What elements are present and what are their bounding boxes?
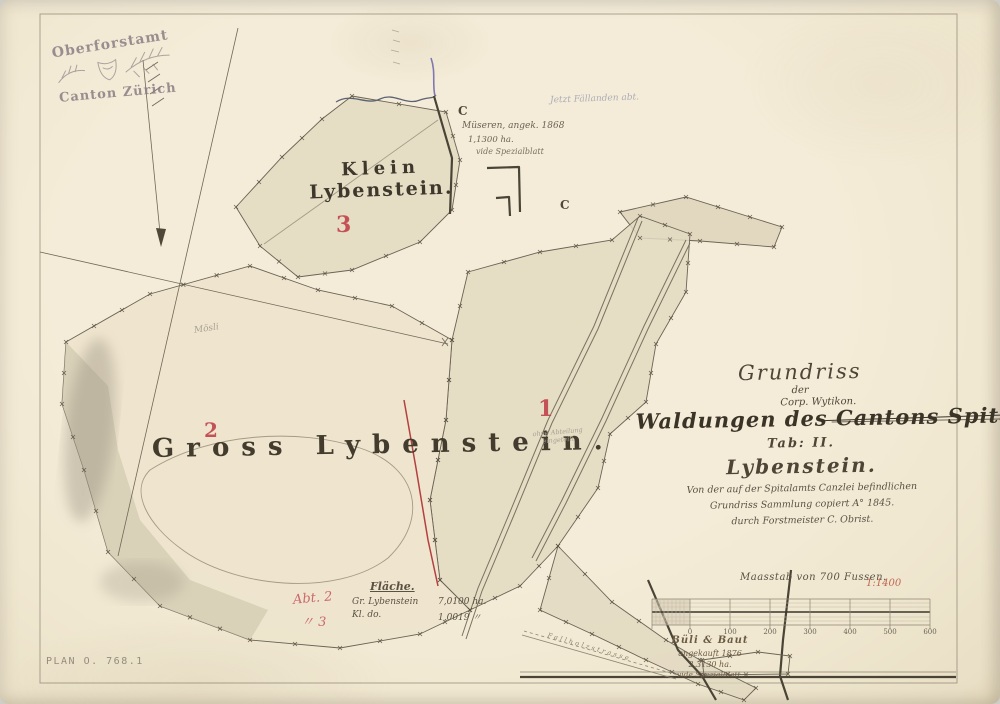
area-row1-value: 7,0100 ha. <box>438 597 486 607</box>
area-table-row: Kl. do. 1,0019 〃 <box>352 610 486 623</box>
scale-caption: Maasstab von 700 Fussen. <box>740 572 887 583</box>
marker-c-east: C <box>560 198 570 212</box>
museren-line1: Müseren, angek. 1868 <box>462 120 564 134</box>
scale-ratio: 1:1400 <box>866 578 901 589</box>
title-sub1: Von der auf der Spitalamts Canzlei befin… <box>637 480 967 497</box>
area-table: Fläche. Gr. Lybenstein 7,0100 ha. Kl. do… <box>352 580 486 623</box>
label-klein-lybenstein: Klein Lybenstein. <box>295 155 466 204</box>
area-row2-name: Kl. do. <box>352 610 438 623</box>
title-block: Grundriss der Corp. Wytikon. Waldungen d… <box>635 357 968 529</box>
title-sub2: Grundriss Sammlung copiert A° 1845. <box>637 496 967 513</box>
title-main-struck: Cantons Spitals <box>836 402 1000 430</box>
bueli-line2: angekauft 1876 <box>650 648 770 659</box>
scale-tick-500: 500 <box>879 628 901 636</box>
museren-line2: 1,1300 ha. <box>462 134 564 147</box>
area-table-title: Fläche. <box>370 580 486 593</box>
parcel-number-3: 3 <box>336 212 351 238</box>
crossing-road-east <box>780 570 791 700</box>
museren-line3: vide Spezialblatt <box>462 146 564 158</box>
scale-tick-600: 600 <box>919 628 941 636</box>
bueli-line3: 2,3130 ha. <box>650 659 770 670</box>
angle-mark-2 <box>496 197 510 216</box>
angle-mark-1 <box>487 167 520 212</box>
museren-annotation: Müseren, angek. 1868 1,1300 ha. vide Spe… <box>462 120 564 158</box>
scanned-map-sheet: Oberforstamt Canton Zürich Klein Lybenst… <box>0 0 1000 704</box>
map-canvas <box>0 0 1000 704</box>
marker-c-north: C <box>458 104 468 118</box>
north-arrow-head <box>156 228 166 247</box>
area-row1-name: Gr. Lybenstein <box>352 597 438 607</box>
bueli-line1: Büli & Baut <box>650 634 770 648</box>
parcel-number-1: 1 <box>538 396 553 422</box>
plan-number: PLAN O. 768.1 <box>46 656 144 667</box>
bueli-baut-annotation: Büli & Baut angekauft 1876 2,3130 ha. vi… <box>650 634 770 681</box>
scale-tick-300: 300 <box>799 628 821 636</box>
area-table-row: Gr. Lybenstein 7,0100 ha. <box>352 597 486 607</box>
bueli-line4: vide Spezialblatt. <box>650 670 770 681</box>
area-row2-value: 1,0019 〃 <box>438 610 481 623</box>
pencil-scribbles-top <box>391 30 400 64</box>
title-tab: Tab: II. <box>636 433 966 454</box>
graphite-smudge-small <box>100 562 184 602</box>
blue-ink-line <box>431 58 435 96</box>
title-lybenstein: Lybenstein. <box>636 451 966 481</box>
scale-bar <box>652 599 930 629</box>
scale-tick-400: 400 <box>839 628 861 636</box>
parcel-number-2: 2 <box>204 418 218 442</box>
red-note-3: 〃 3 <box>301 611 326 630</box>
